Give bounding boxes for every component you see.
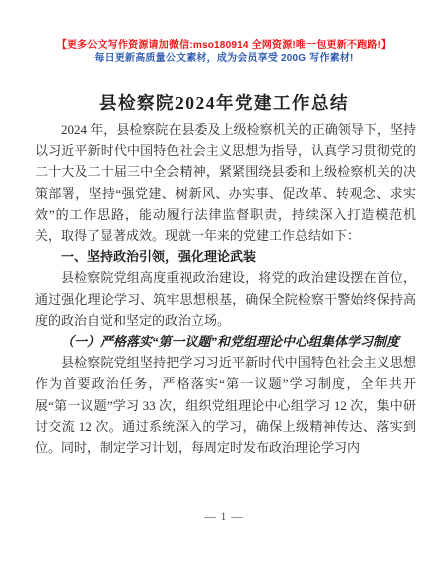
promo-banner: 【更多公文写作资源请加微信:mso180914 全网资源!唯一包更新不跑路!】 … (0, 39, 448, 65)
subsection-heading-1-1: （一）严格落实“第一议题”和党组理论中心组集体学习制度 (35, 331, 416, 352)
paragraph-section-1: 县检察院党组高度重视政治建设，将党的政治建设摆在首位，通过强化理论学习、筑牢思想… (35, 267, 416, 331)
promo-banner-line-2: 每日更新高质量公文素材，成为会员享受 200G 写作素材! (0, 52, 448, 65)
promo-banner-line-1: 【更多公文写作资源请加微信:mso180914 全网资源!唯一包更新不跑路!】 (0, 39, 448, 52)
page-number: — 1 — (0, 511, 448, 523)
section-heading-1: 一、坚持政治引领，强化理论武装 (35, 246, 416, 267)
paragraph-intro: 2024 年，县检察院在县委及上级检察机关的正确领导下，坚持以习近平新时代中国特… (35, 119, 416, 246)
document-body: 2024 年，县检察院在县委及上级检察机关的正确领导下，坚持以习近平新时代中国特… (35, 119, 416, 458)
document-page: 【更多公文写作资源请加微信:mso180914 全网资源!唯一包更新不跑路!】 … (0, 0, 448, 580)
paragraph-subsection-1-1: 县检察院党组坚持把学习习近平新时代中国特色社会主义思想作为首要政治任务，严格落实… (35, 352, 416, 458)
document-title: 县检察院2024年党建工作总结 (0, 90, 448, 115)
